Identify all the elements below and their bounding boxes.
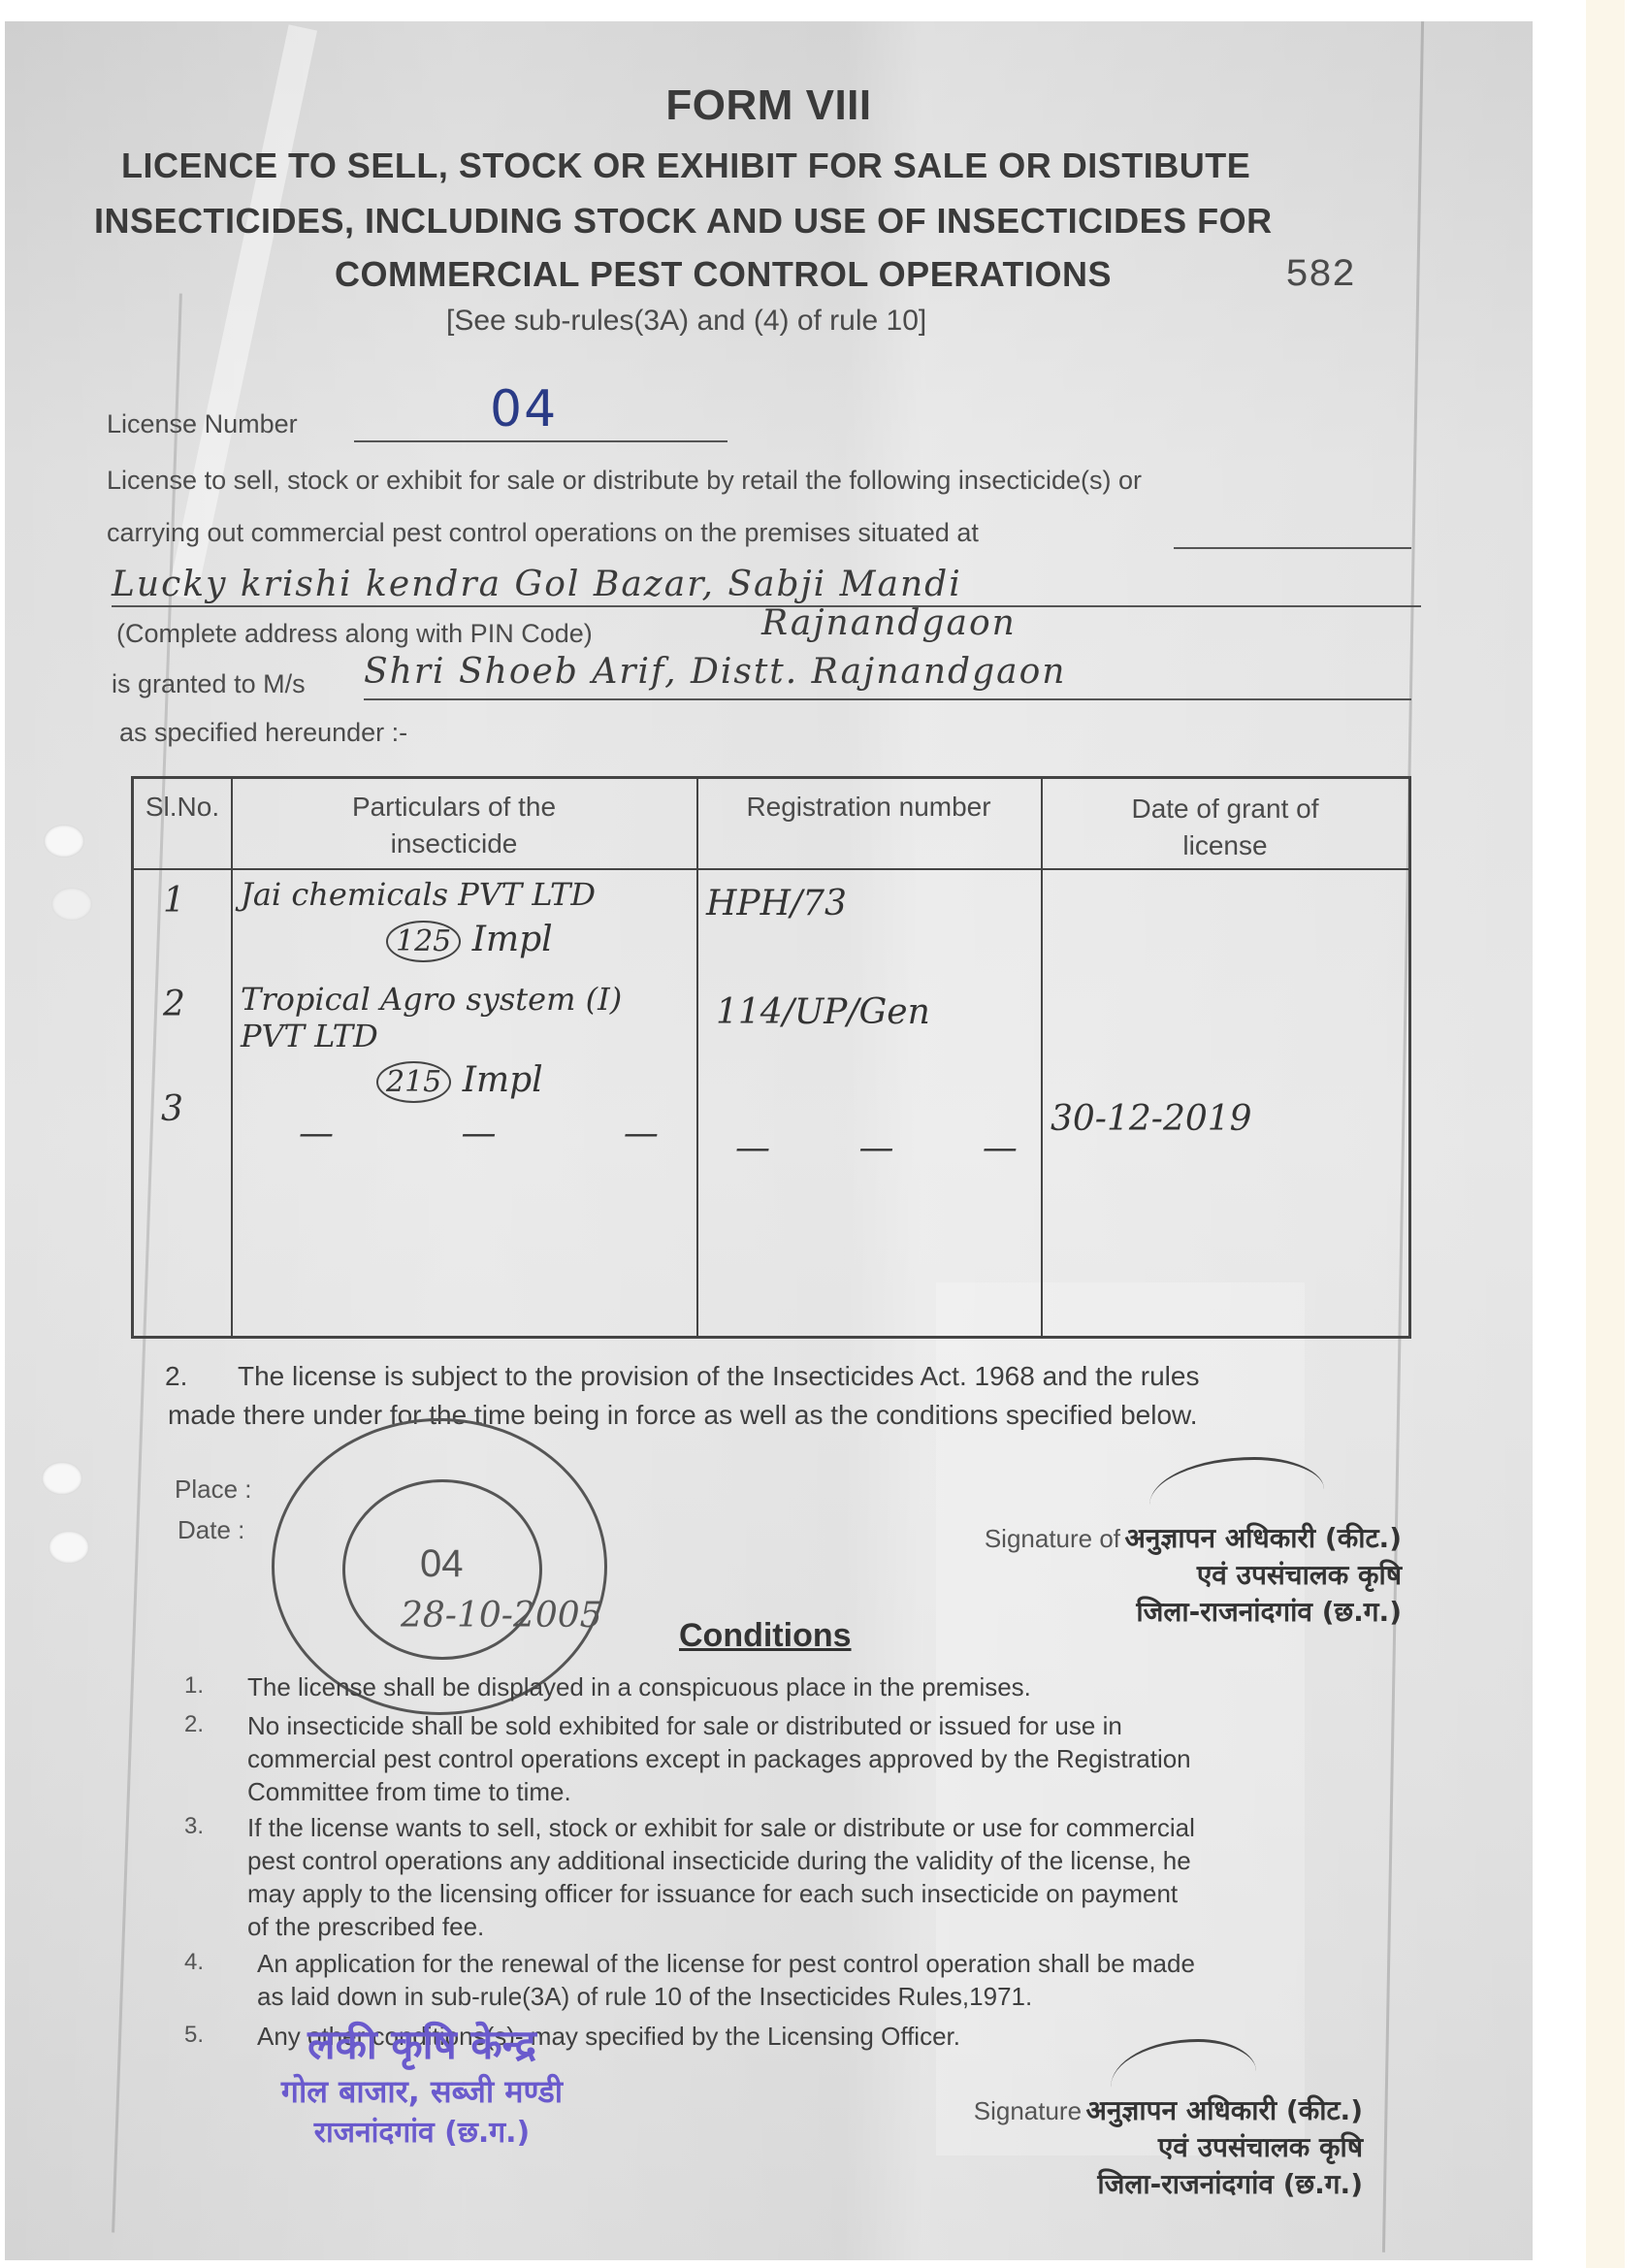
address-label: (Complete address along with PIN Code) xyxy=(116,619,593,649)
premises-underline xyxy=(1174,547,1411,549)
signature-block-2: Signature अनुज्ञापन अधिकारी (कीट.) एवं उ… xyxy=(858,2092,1363,2203)
table-header-date-of-grant: Date of grant of license xyxy=(1089,791,1361,864)
signature-1-line: Signature of अनुज्ञापन अधिकारी (कीट.) xyxy=(878,1520,1402,1557)
license-number-value: 04 xyxy=(490,380,558,438)
signature-block-1: Signature of अनुज्ञापन अधिकारी (कीट.) एव… xyxy=(878,1520,1402,1631)
row-1-note: Impl xyxy=(472,920,553,959)
punch-hole xyxy=(48,1531,89,1564)
row-1-registration: HPH/73 xyxy=(706,884,847,923)
license-number-label: License Number xyxy=(107,409,298,439)
row-1-circled-number: 125 xyxy=(386,921,461,962)
row-2-circled-number: 215 xyxy=(376,1061,451,1103)
condition-2-text: Committee from time to time. xyxy=(247,1775,571,1808)
signature-1-label: Signature of xyxy=(985,1524,1120,1553)
specified-hereunder-label: as specified hereunder :- xyxy=(119,718,407,748)
paper-edge-strip xyxy=(1586,0,1625,2268)
stamp-number: 04 xyxy=(420,1542,464,1586)
punch-hole xyxy=(42,1462,82,1495)
signature-1-title-line-1: अनुज्ञापन अधिकारी (कीट.) xyxy=(1125,1522,1403,1554)
condition-3-text: If the license wants to sell, stock or e… xyxy=(247,1811,1195,1844)
premises-address-handwritten: Lucky krishi kendra Gol Bazar, Sabji Man… xyxy=(112,565,962,604)
license-intro-line-2: carrying out commercial pest control ope… xyxy=(107,518,979,548)
conditions-heading: Conditions xyxy=(679,1617,852,1655)
row-3-particulars: — — — xyxy=(299,1114,717,1153)
signature-2-label: Signature xyxy=(974,2096,1082,2125)
condition-3-number: 3. xyxy=(184,1813,204,1840)
address-city-handwritten: Rajnandgaon xyxy=(761,603,1017,643)
table-column-divider xyxy=(696,779,698,1336)
condition-4-text: An application for the renewal of the li… xyxy=(257,1947,1195,1980)
signature-1-title-line-2: एवं उपसंचालक कृषि xyxy=(878,1557,1402,1594)
condition-1-text: The license shall be displayed in a cons… xyxy=(247,1670,1031,1703)
row-3-date-of-grant: 30-12-2019 xyxy=(1051,1099,1252,1139)
granted-to-label: is granted to M/s xyxy=(112,669,306,699)
row-2-note: Impl xyxy=(463,1060,543,1100)
stamp-date: 28-10-2005 xyxy=(401,1596,602,1636)
table-header-particulars: Particulars of the insecticide xyxy=(289,789,619,862)
signature-2-line: Signature अनुज्ञापन अधिकारी (कीट.) xyxy=(858,2092,1363,2129)
provision-number: 2. xyxy=(165,1358,187,1395)
form-subtitle-line-3: COMMERCIAL PEST CONTROL OPERATIONS xyxy=(335,254,1208,295)
condition-2-text: commercial pest control operations excep… xyxy=(247,1742,1191,1775)
license-intro-line-1: License to sell, stock or exhibit for sa… xyxy=(107,466,1142,496)
form-subtitle-line-1: LICENCE TO SELL, STOCK OR EXHIBIT FOR SA… xyxy=(121,146,1431,186)
row-1-circled: 125 Impl xyxy=(386,920,553,962)
condition-3-text: of the prescribed fee. xyxy=(247,1910,484,1943)
signature-1-title-line-3: जिला-राजनांदगांव (छ.ग.) xyxy=(878,1594,1402,1631)
row-3-sl: 3 xyxy=(161,1089,183,1129)
row-3-registration: — — — xyxy=(735,1128,1056,1168)
rule-reference: [See sub-rules(3A) and (4) of rule 10] xyxy=(446,305,926,338)
punch-hole xyxy=(44,825,84,858)
table-header-divider xyxy=(134,868,1408,870)
condition-2-text: No insecticide shall be sold exhibited f… xyxy=(247,1709,1122,1742)
granted-to-handwritten: Shri Shoeb Arif, Distt. Rajnandgaon xyxy=(364,652,1066,692)
date-label: Date : xyxy=(178,1515,244,1545)
dealer-stamp-address: गोल बाजार, सब्जी मण्डी xyxy=(257,2070,587,2113)
license-number-underline xyxy=(354,440,727,442)
condition-2-number: 2. xyxy=(184,1711,204,1738)
condition-4-text: as laid down in sub-rule(3A) of rule 10 … xyxy=(257,1980,1032,2013)
provision-text-line-1: The license is subject to the provision … xyxy=(238,1358,1199,1395)
row-2-sl: 2 xyxy=(163,985,185,1024)
dealer-purple-stamp: लकी कृषि केन्द्र गोल बाजार, सब्जी मण्डी … xyxy=(257,2020,587,2154)
granted-to-underline xyxy=(364,698,1411,700)
row-2-circled: 215 Impl xyxy=(376,1060,543,1103)
table-column-divider xyxy=(1041,779,1043,1336)
row-1-particulars: Jai chemicals PVT LTD xyxy=(241,876,687,913)
signature-2-title-line-2: एवं उपसंचालक कृषि xyxy=(858,2129,1363,2166)
condition-4-number: 4. xyxy=(184,1949,204,1976)
table-column-divider xyxy=(231,779,233,1336)
place-label: Place : xyxy=(175,1474,252,1505)
insecticide-table: Sl.No. Particulars of the insecticide Re… xyxy=(131,776,1411,1339)
row-1-sl: 1 xyxy=(163,881,185,921)
form-subtitle-line-2: INSECTICIDES, INCLUDING STOCK AND USE OF… xyxy=(94,201,1452,242)
scanned-form-page: FORM VIII LICENCE TO SELL, STOCK OR EXHI… xyxy=(5,21,1533,2260)
signature-2-title-line-1: अनुज्ञापन अधिकारी (कीट.) xyxy=(1086,2094,1364,2126)
table-header-registration: Registration number xyxy=(696,789,1041,826)
condition-1-number: 1. xyxy=(184,1672,204,1700)
punch-hole xyxy=(51,888,92,921)
condition-3-text: may apply to the licensing officer for i… xyxy=(247,1877,1178,1910)
provision-text-line-2: made there under for the time being in f… xyxy=(168,1397,1198,1434)
dealer-stamp-city: राजनांदगांव (छ.ग.) xyxy=(257,2113,587,2154)
signature-2-title-line-3: जिला-राजनांदगांव (छ.ग.) xyxy=(858,2166,1363,2203)
form-serial-number: 582 xyxy=(1285,254,1355,298)
row-2-particulars: Tropical Agro system (I) PVT LTD xyxy=(241,981,687,1054)
table-header-sl-no: Sl.No. xyxy=(134,789,231,826)
condition-3-text: pest control operations any additional i… xyxy=(247,1844,1191,1877)
form-title: FORM VIII xyxy=(5,81,1533,130)
row-2-registration: 114/UP/Gen xyxy=(716,992,930,1032)
condition-5-number: 5. xyxy=(184,2022,204,2049)
dealer-stamp-name: लकी कृषि केन्द्र xyxy=(257,2020,587,2070)
